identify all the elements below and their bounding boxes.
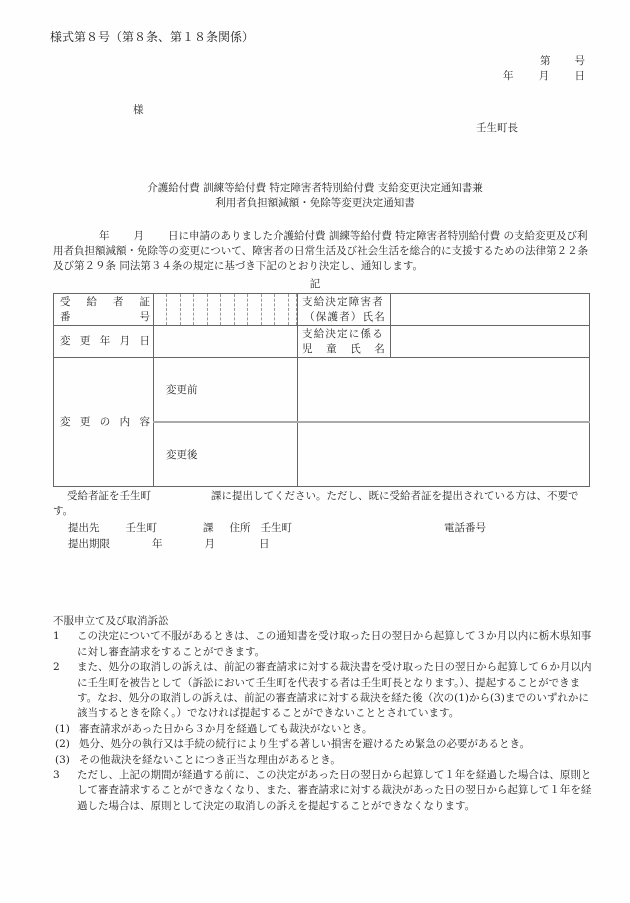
form-number: 様式第８号（第８条、第１８条関係） [50,28,254,45]
guardian-name-label: 支給決定障害者 （保護者）氏名 [298,294,391,326]
address-value: 壬生町 [261,522,293,534]
deadline-day: 日 [259,538,270,550]
cert-digit-box[interactable] [289,294,298,325]
document-title-line2: 利用者負担額減額・免除等変更決定通知書 [0,196,630,211]
appeal-section: 不服申立て及び取消訴訟 1この決定について不服があるときは、この通知書を受け取っ… [53,614,593,814]
change-date-field[interactable] [154,326,298,358]
cert-number-field[interactable] [154,294,298,326]
cert-digit-box[interactable] [275,294,289,325]
after-change-field[interactable] [298,422,590,487]
submission-destination-row: 提出先壬生町課住所壬生町電話番号 [68,520,486,535]
recipient-suffix: 様 [133,102,144,117]
cert-digit-box[interactable] [235,294,249,325]
body-paragraph: 年月日に申請のありました介護給付費 訓練等給付費 特定障害者特別給付費 の支給変… [53,229,589,275]
child-name-field[interactable] [391,326,590,358]
dest-section: 課 [203,522,214,534]
after-change-label: 変更後 [154,422,298,487]
dest-town: 壬生町 [126,522,158,534]
deadline-month: 月 [205,538,216,550]
document-number: 第 号 [540,53,585,68]
guardian-name-field[interactable] [391,294,590,326]
document-title-line1: 介護給付費 訓練等給付費 特定障害者特別給付費 支給変更決定通知書兼 [0,181,630,196]
ki-heading: 記 [0,276,630,291]
dest-label: 提出先 [68,522,100,534]
appeal-heading: 不服申立て及び取消訴訟 [53,614,593,629]
appeal-item: 1この決定について不服があるときは、この通知書を受け取った日の翌日から起算して３… [53,629,593,660]
cert-digit-box[interactable] [208,294,222,325]
issuer: 壬生町長 [476,120,518,135]
cert-digit-box[interactable] [166,294,181,325]
child-name-label: 支給決定に係る 児童氏名 [298,326,391,358]
cert-number-label: 受給者証 番号 [54,294,154,326]
cert-digit-box[interactable] [221,294,235,325]
change-content-label: 変更の内容 [54,358,154,487]
change-date-label: 変更年月日 [54,326,154,358]
appeal-subitem: (3)その他裁決を経ないことにつき正当な理由があるとき。 [53,753,593,768]
doc-date-day: 日 [575,68,586,83]
deadline-year: 年 [152,538,163,550]
appeal-subitem: (2)処分、処分の執行又は手続の続行により生ずる著しい損害を避けるため緊急の必要… [53,737,593,752]
body-month: 月 [134,230,145,242]
phone-label: 電話番号 [444,522,486,534]
doc-number-prefix: 第 [540,53,551,68]
document-date: 年 月 日 [503,68,585,83]
doc-date-year: 年 [503,68,514,83]
body-year: 年 [99,230,110,242]
change-details-table: 受給者証 番号 支給決定障害者 （保護者）氏名 [53,293,590,487]
cert-digit-box[interactable] [194,294,208,325]
cert-digit-box[interactable] [181,294,195,325]
before-change-field[interactable] [298,358,590,422]
appeal-item: 2また、処分の取消しの訴えは、前記の審査請求に対する裁決書を受け取った日の翌日か… [53,660,593,722]
cert-digit-box[interactable] [248,294,262,325]
submission-deadline-row: 提出期限年月日 [68,536,270,551]
doc-date-month: 月 [539,68,550,83]
appeal-item: 3ただし、上記の期間が経過する前に、この決定があった日の翌日から起算して１年を経… [53,768,593,814]
doc-number-suffix: 号 [575,53,586,68]
deadline-label: 提出期限 [68,538,110,550]
before-change-label: 変更前 [154,358,298,422]
address-label: 住所 [230,522,251,534]
cert-digit-box[interactable] [262,294,276,325]
appeal-subitem: (1)審査請求があった日から３か月を経過しても裁決がないとき。 [53,722,593,737]
submission-note: 受給者証を壬生町課に提出してください。ただし、既に受給者証を提出されている方は、… [53,489,589,519]
